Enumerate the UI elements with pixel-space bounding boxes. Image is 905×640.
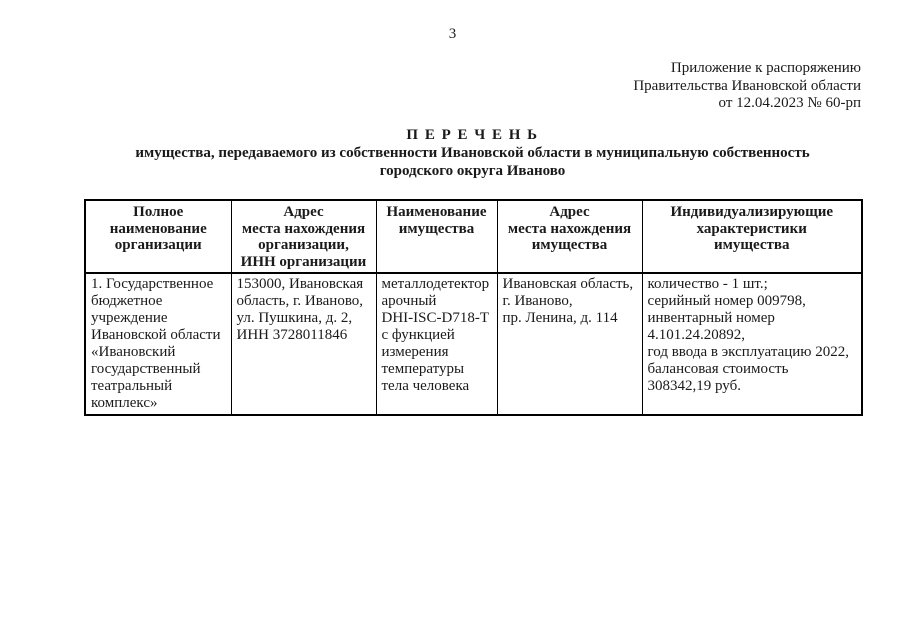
column-header-property-name: Наименование имущества (376, 200, 497, 273)
table-row: 1. Государственное бюджетное учреждение … (85, 273, 862, 415)
document-title: П Е Р Е Ч Е Н Ь имущества, передаваемого… (84, 126, 861, 180)
annotation-line: Правительства Ивановской области (633, 78, 861, 96)
property-table: Полное наименование организации Адрес ме… (84, 199, 863, 416)
title-word: П Е Р Е Ч Е Н Ь (84, 126, 861, 144)
column-header-organization-name: Полное наименование организации (85, 200, 231, 273)
document-page: 3 Приложение к распоряжению Правительств… (0, 0, 905, 640)
table-header-row: Полное наименование организации Адрес ме… (85, 200, 862, 273)
column-header-property-characteristics: Индивидуализирующие характеристики имуще… (642, 200, 862, 273)
cell-organization-name: 1. Государственное бюджетное учреждение … (85, 273, 231, 415)
cell-property-characteristics: количество - 1 шт.; серийный номер 00979… (642, 273, 862, 415)
cell-property-name: металлодетектор арочный DHI-ISC-D718-T с… (376, 273, 497, 415)
annotation-line: Приложение к распоряжению (633, 60, 861, 78)
title-subtitle: городского округа Иваново (84, 162, 861, 180)
column-header-organization-address: Адрес места нахождения организации, ИНН … (231, 200, 376, 273)
annotation-line: от 12.04.2023 № 60-рп (633, 95, 861, 113)
annotation-block: Приложение к распоряжению Правительства … (633, 60, 861, 113)
title-subtitle: имущества, передаваемого из собственност… (84, 144, 861, 162)
column-header-property-address: Адрес места нахождения имущества (497, 200, 642, 273)
page-number: 3 (0, 26, 905, 43)
cell-property-address: Ивановская область, г. Иваново, пр. Лени… (497, 273, 642, 415)
cell-organization-address: 153000, Ивановская область, г. Иваново, … (231, 273, 376, 415)
